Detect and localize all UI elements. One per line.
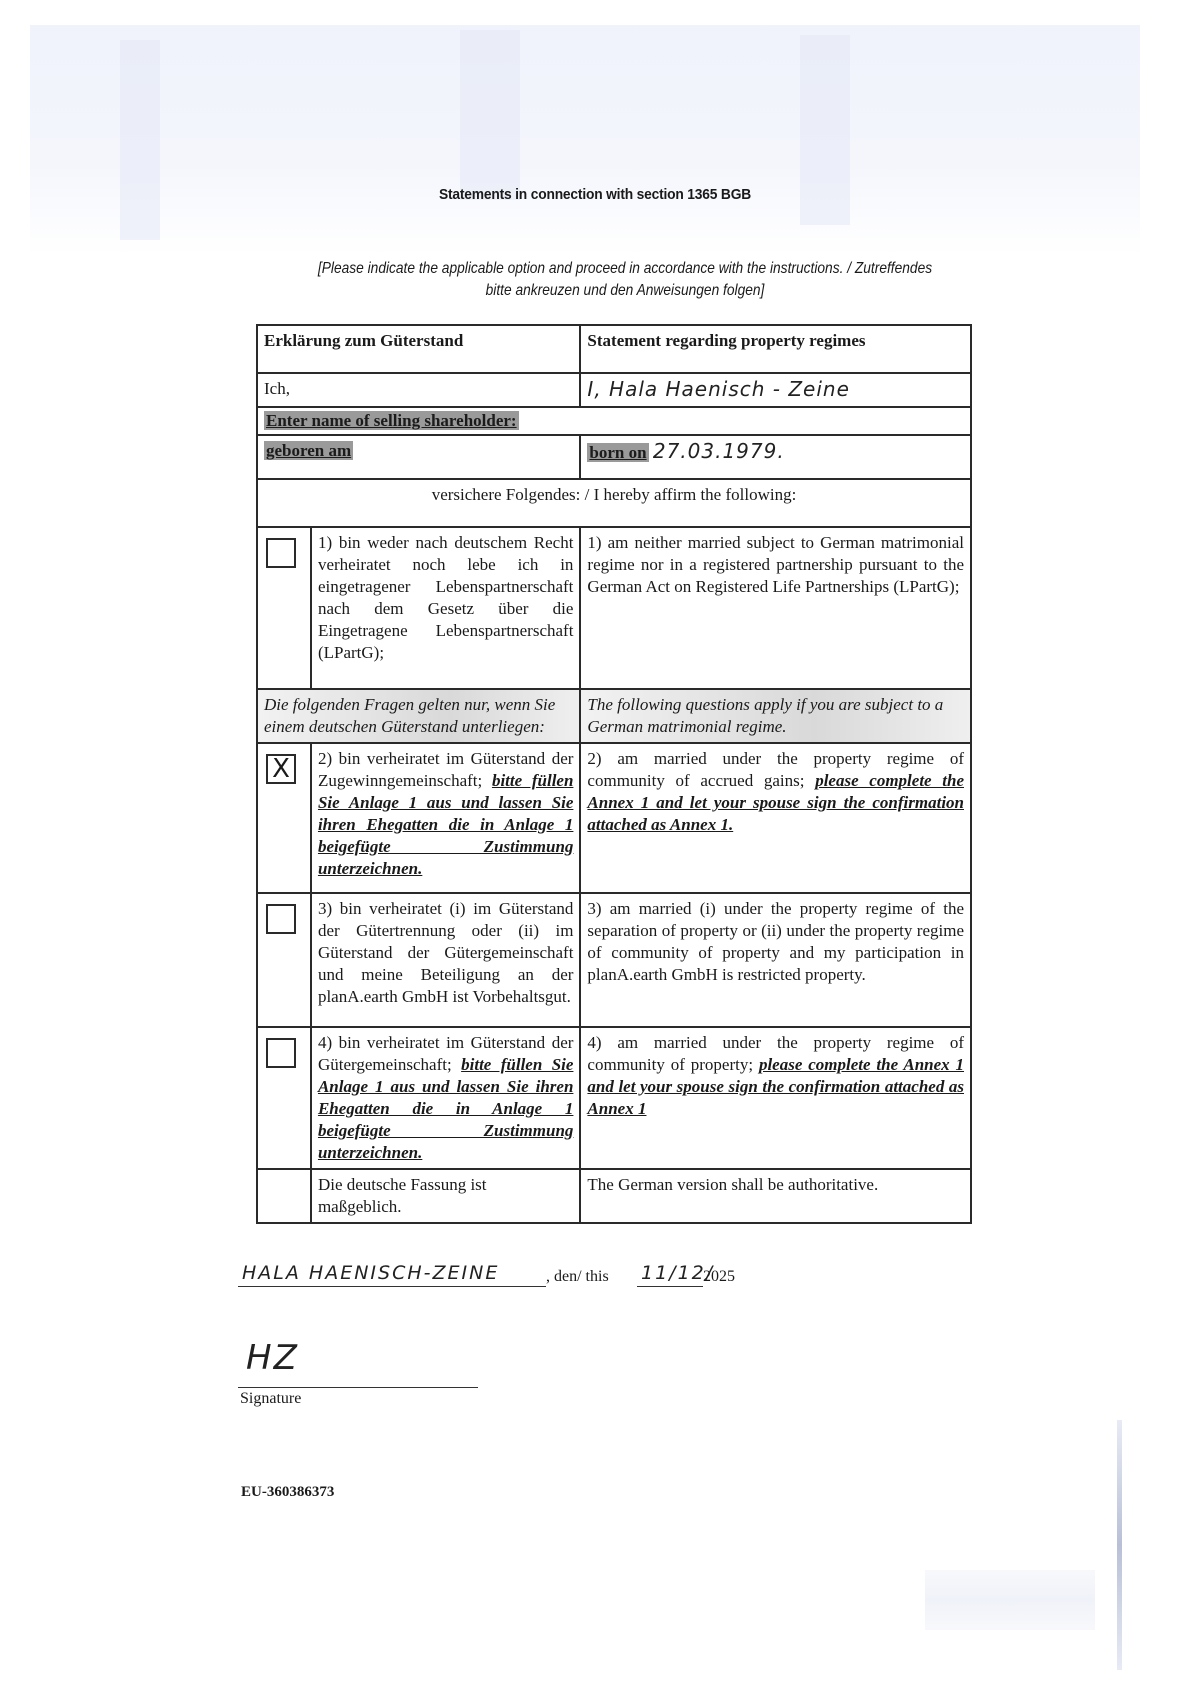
ich-label: Ich, bbox=[257, 373, 580, 407]
option-1-german: 1) bin weder nach deutschem Recht verhei… bbox=[311, 527, 580, 689]
affirm-text: versichere Folgendes: / I hereby affirm … bbox=[257, 479, 971, 527]
option-2-checkbox[interactable]: X bbox=[266, 754, 296, 784]
option-1-english: 1) am neither married subject to German … bbox=[580, 527, 971, 689]
scan-streak bbox=[460, 30, 520, 200]
option-2-english: 2) am married under the property regime … bbox=[580, 743, 971, 893]
document-id: EU-360386373 bbox=[241, 1484, 334, 1501]
enter-name-label: Enter name of selling shareholder: bbox=[264, 411, 519, 430]
scan-edge-artifact bbox=[1117, 1420, 1122, 1670]
option-3-english-text: 3) am married (i) under the property reg… bbox=[587, 899, 964, 984]
header-german: Erklärung zum Güterstand bbox=[257, 325, 580, 373]
german-regime-note-row: Die folgenden Fragen gelten nur, wenn Si… bbox=[257, 689, 971, 743]
option-4-german: 4) bin verheiratet im Güterstand der Güt… bbox=[311, 1027, 580, 1169]
authoritative-de: Die deutsche Fassung ist maßgeblich. bbox=[311, 1169, 580, 1223]
authoritative-en: The German version shall be authoritativ… bbox=[580, 1169, 971, 1223]
signature-line bbox=[238, 1387, 478, 1388]
option-2-german: 2) bin verheiratet im Güterstand der Zug… bbox=[311, 743, 580, 893]
born-label-de: geboren am bbox=[264, 441, 353, 460]
option-1-checkbox[interactable] bbox=[266, 538, 296, 568]
name-row: Ich, I, Hala Haenisch - Zeine bbox=[257, 373, 971, 407]
option-4-checkbox[interactable] bbox=[266, 1038, 296, 1068]
name-handwritten: I, Hala Haenisch - Zeine bbox=[587, 377, 849, 401]
form-header-row: Erklärung zum Güterstand Statement regar… bbox=[257, 325, 971, 373]
authoritative-empty-cell bbox=[257, 1169, 311, 1223]
printed-name-handwritten: HALA HAENISCH-ZEINE bbox=[242, 1262, 499, 1284]
option-4-check-cell bbox=[257, 1027, 311, 1169]
scan-background-tint bbox=[30, 25, 1140, 255]
instructions: [Please indicate the applicable option a… bbox=[294, 258, 956, 302]
option-1-check-cell bbox=[257, 527, 311, 689]
option-row-3: 3) bin verheiratet (i) im Güterstand der… bbox=[257, 893, 971, 1027]
option-row-4: 4) bin verheiratet im Güterstand der Güt… bbox=[257, 1027, 971, 1169]
affirm-row: versichere Folgendes: / I hereby affirm … bbox=[257, 479, 971, 527]
option-row-2: X 2) bin verheiratet im Güterstand der Z… bbox=[257, 743, 971, 893]
born-date-handwritten: 27.03.1979. bbox=[653, 439, 785, 463]
option-3-english: 3) am married (i) under the property reg… bbox=[580, 893, 971, 1027]
property-regime-form: Erklärung zum Güterstand Statement regar… bbox=[256, 324, 972, 1224]
date-line bbox=[637, 1286, 703, 1287]
option-1-german-text: 1) bin weder nach deutschem Recht verhei… bbox=[318, 533, 573, 662]
option-3-check-cell bbox=[257, 893, 311, 1027]
born-de-cell: geboren am bbox=[257, 435, 580, 479]
enter-name-row: Enter name of selling shareholder: bbox=[257, 407, 971, 435]
option-3-german: 3) bin verheiratet (i) im Güterstand der… bbox=[311, 893, 580, 1027]
enter-name-cell: Enter name of selling shareholder: bbox=[257, 407, 971, 435]
name-line bbox=[238, 1286, 546, 1287]
date-year: 2025 bbox=[703, 1268, 735, 1286]
born-field[interactable]: born on 27.03.1979. bbox=[580, 435, 971, 479]
signature-handwritten[interactable]: HZ bbox=[246, 1338, 299, 1378]
option-3-checkbox[interactable] bbox=[266, 904, 296, 934]
born-row: geboren am born on 27.03.1979. bbox=[257, 435, 971, 479]
born-label-en: born on bbox=[587, 443, 648, 462]
signature-label: Signature bbox=[240, 1390, 301, 1408]
german-regime-note-en: The following questions apply if you are… bbox=[580, 689, 971, 743]
german-regime-note-de: Die folgenden Fragen gelten nur, wenn Si… bbox=[257, 689, 580, 743]
instructions-line-2: bitte ankreuzen und den Anweisungen folg… bbox=[294, 280, 956, 302]
name-field[interactable]: I, Hala Haenisch - Zeine bbox=[580, 373, 971, 407]
scan-streak bbox=[120, 40, 160, 240]
option-3-german-text: 3) bin verheiratet (i) im Güterstand der… bbox=[318, 899, 573, 1006]
option-1-english-text: 1) am neither married subject to German … bbox=[587, 533, 964, 596]
header-english: Statement regarding property regimes bbox=[580, 325, 971, 373]
option-2-check-cell: X bbox=[257, 743, 311, 893]
authoritative-row: Die deutsche Fassung ist maßgeblich. The… bbox=[257, 1169, 971, 1223]
document-title: Statements in connection with section 13… bbox=[48, 186, 1143, 203]
option-4-english: 4) am married under the property regime … bbox=[580, 1027, 971, 1169]
scan-smudge bbox=[925, 1570, 1095, 1630]
option-row-1: 1) bin weder nach deutschem Recht verhei… bbox=[257, 527, 971, 689]
instructions-line-1: [Please indicate the applicable option a… bbox=[294, 258, 956, 280]
date-label: , den/ this bbox=[546, 1268, 609, 1286]
